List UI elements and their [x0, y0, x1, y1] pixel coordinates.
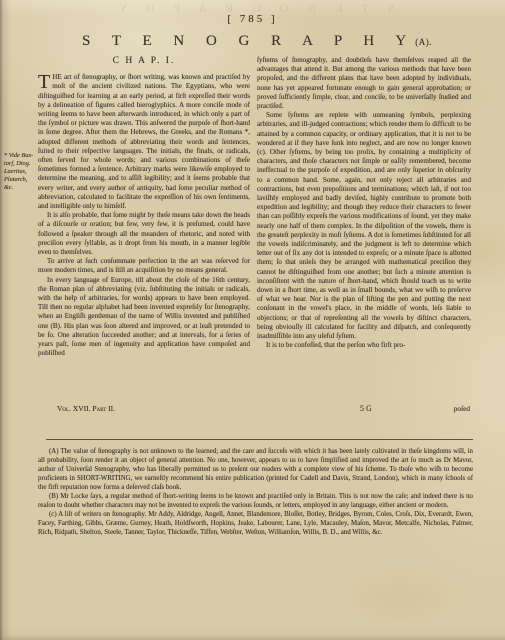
paragraph: Some ſyſtems are replete with unmeaning …: [257, 111, 471, 341]
scanned-book-page: S T E N O G R A P H Y [ 785 ] S T E N O …: [0, 0, 505, 640]
paragraph: It is alſo probable, that ſome might by …: [38, 211, 250, 257]
catchword: poſed: [430, 404, 470, 413]
page-number: [ 785 ]: [0, 13, 505, 25]
margin-note-line: Laertius,: [4, 168, 38, 176]
paragraph: It is to be confeſſed, that the perſon w…: [257, 341, 471, 350]
printer-signature-mark: 5 G: [360, 404, 372, 413]
volume-footer: Vol. XVII. Part II.: [57, 404, 115, 413]
article-title-text: S T E N O G R A P H Y: [82, 33, 415, 49]
footnotes-section: (A) The value of ſtenography is not unkn…: [38, 447, 473, 537]
article-title-footnote-marker: (A).: [415, 37, 432, 47]
drop-cap: T: [38, 73, 52, 90]
chapter-heading: C H A P. I.: [38, 57, 250, 66]
left-text-column: C H A P. I. THE art of ſtenography, or ſ…: [38, 57, 250, 359]
footnote-b: (B) Mr Locke ſays, a regular method of ſ…: [38, 492, 473, 510]
right-text-column: ſyſtems of ſtenography, and doubtleſs ha…: [257, 56, 471, 351]
paragraph-text: HE art of ſtenography, or ſhort writing,…: [38, 73, 250, 210]
paragraph: THE art of ſtenography, or ſhort writing…: [38, 73, 250, 211]
paragraph: ſyſtems of ſtenography, and doubtleſs ha…: [257, 56, 471, 111]
margin-note-line: &c.: [4, 184, 38, 192]
margin-note-line: Plutarch,: [4, 176, 38, 184]
margin-note: * Vide Bux- torf, Diog. Laertius, Plutar…: [4, 152, 38, 192]
margin-note-line: * Vide Bux-: [4, 152, 38, 160]
footnote-a: (A) The value of ſtenography is not unkn…: [38, 447, 473, 492]
footnote-divider-rule: [46, 439, 473, 440]
footnote-c: (c) A liſt of writers on ſtenography. Mr…: [38, 510, 473, 537]
article-title: S T E N O G R A P H Y(A).: [0, 33, 505, 50]
paragraph: To arrive at ſuch conſummate perfection …: [38, 257, 250, 275]
paragraph: In every language of Europe, till about …: [38, 276, 250, 359]
margin-note-line: torf, Diog.: [4, 160, 38, 168]
